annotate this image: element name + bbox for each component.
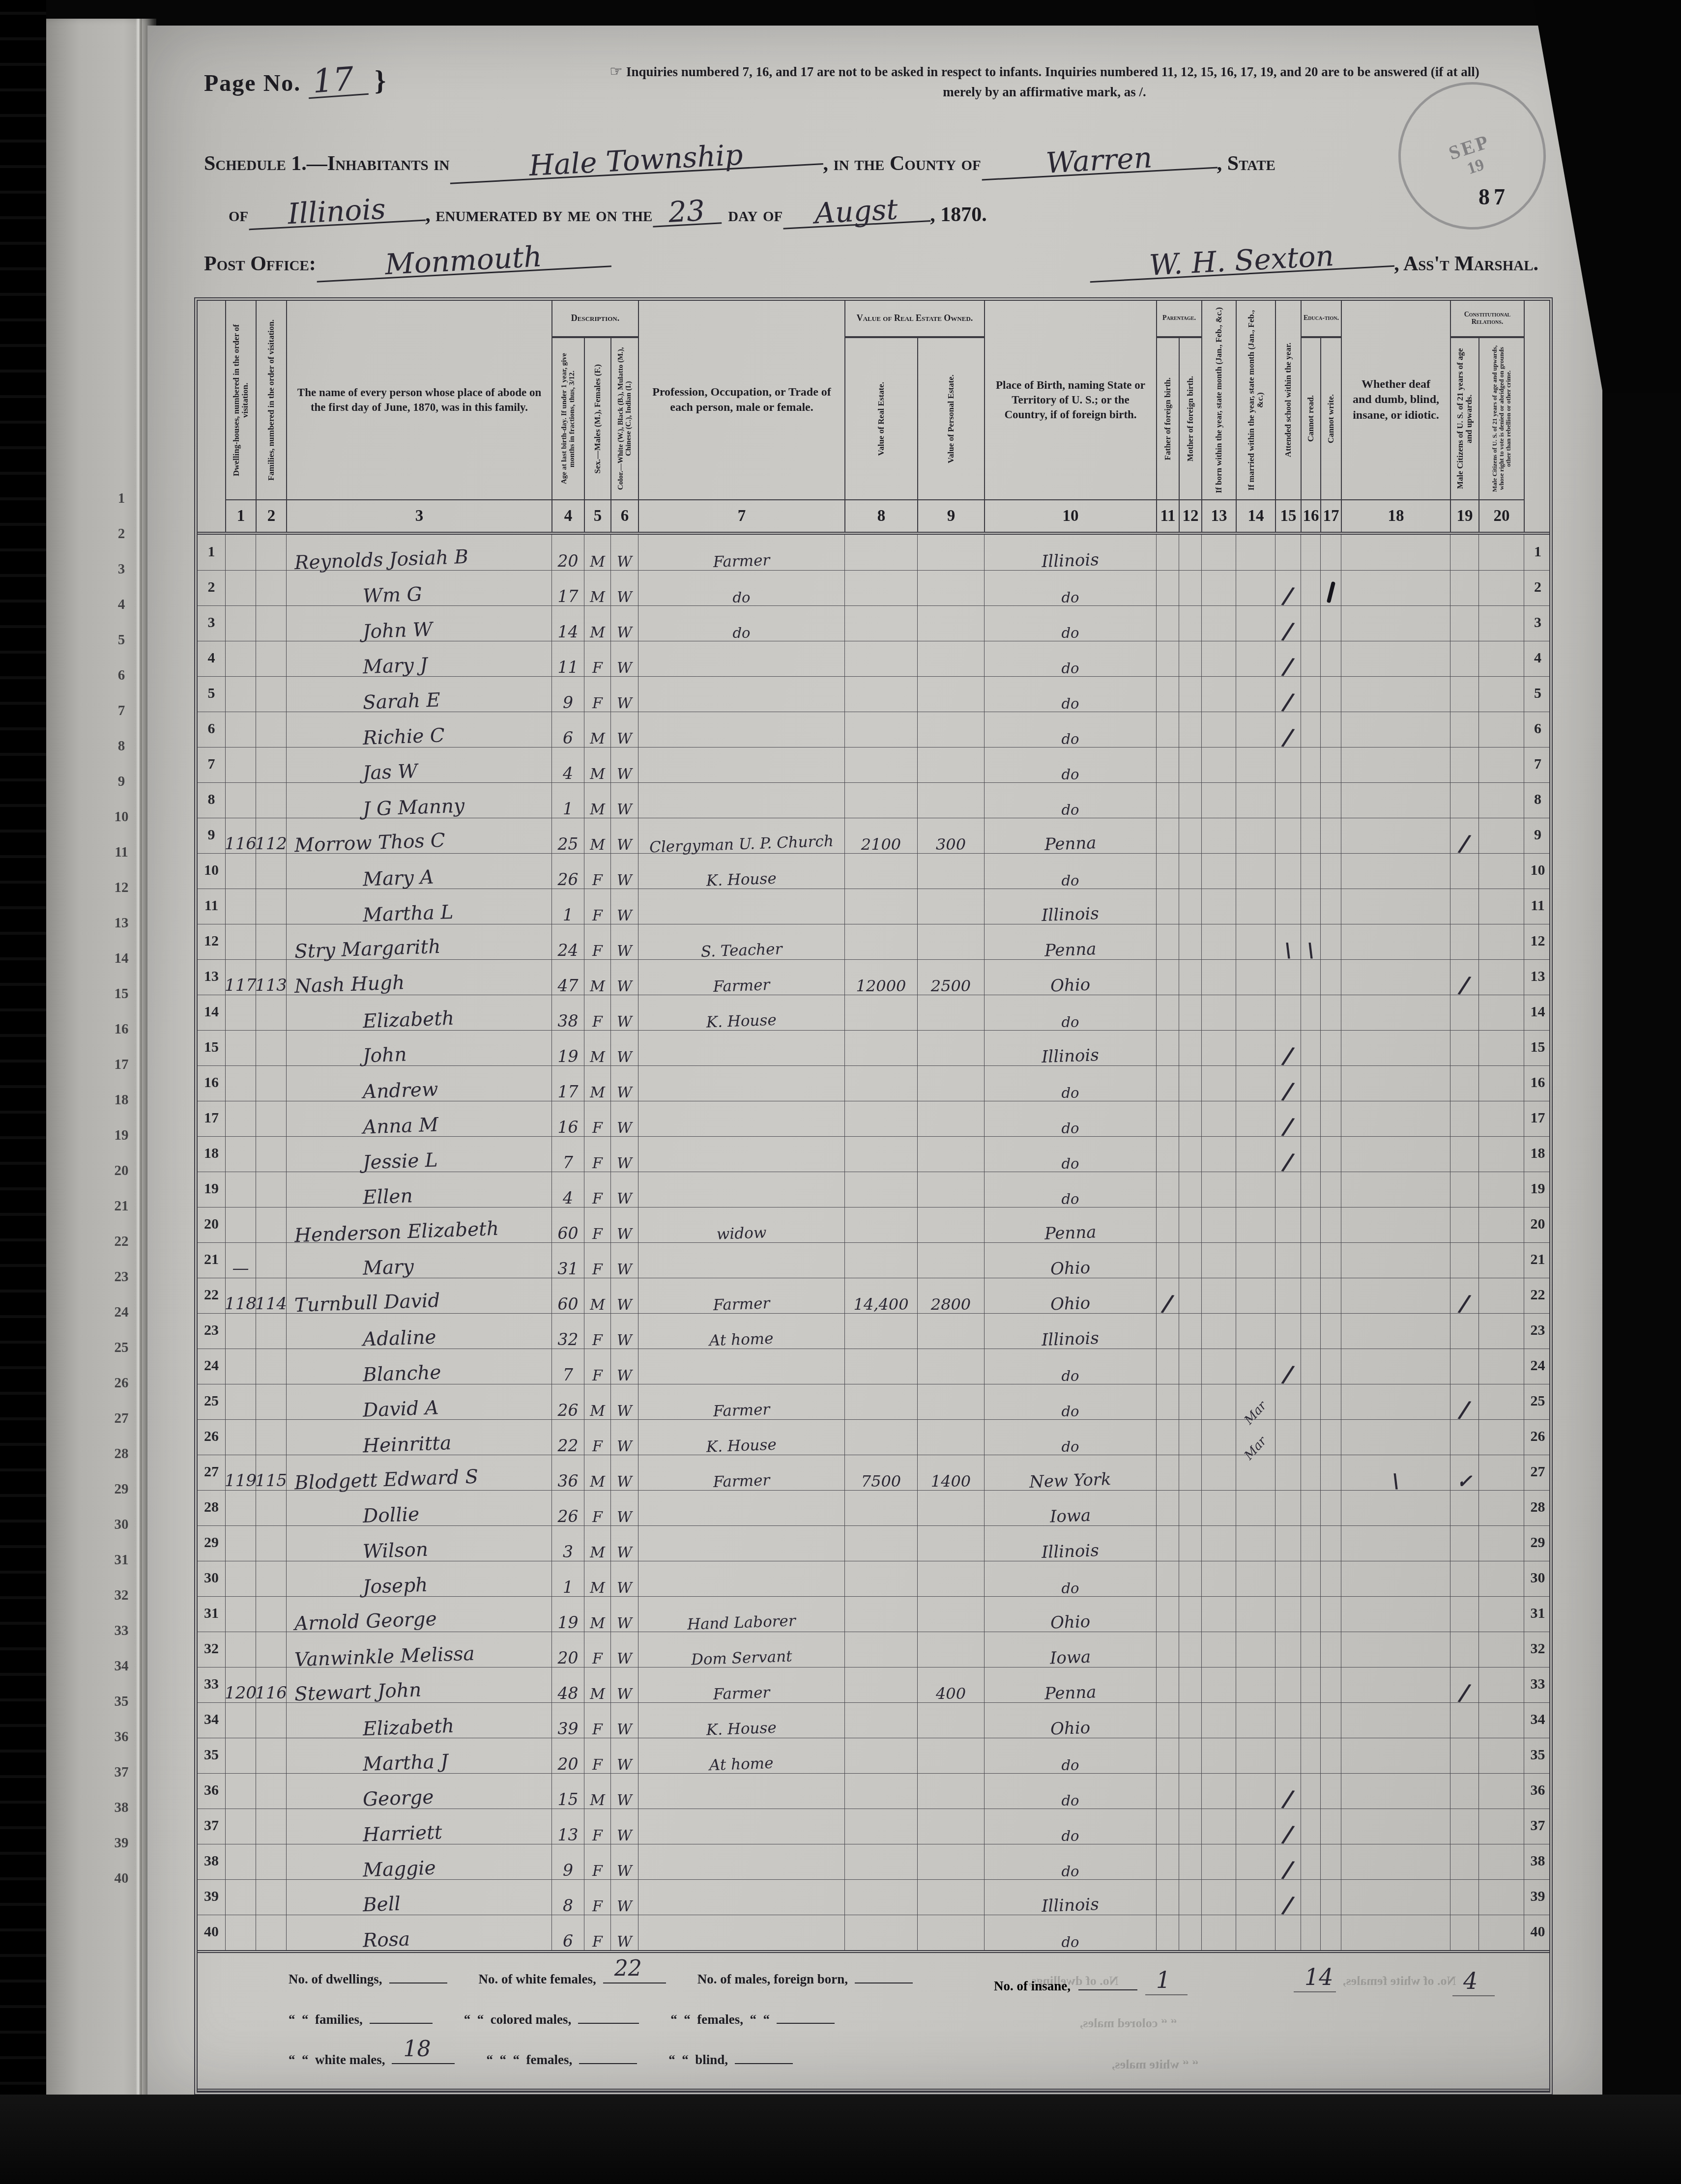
r1-c11: [1156, 535, 1179, 570]
prev-page-row-number: 8: [104, 738, 139, 754]
r11-c18: [1341, 889, 1450, 924]
r29-c9: [917, 1526, 984, 1561]
person-name: Martha L: [362, 904, 453, 924]
r38-c3: Maggie: [286, 1844, 551, 1879]
sex: M: [590, 732, 605, 746]
row-number-left: 12: [198, 924, 225, 959]
r6-c16: [1301, 712, 1320, 747]
birthplace: Illinois: [1042, 1543, 1100, 1560]
r31-c5: M: [584, 1597, 610, 1632]
r4-c10: do: [984, 641, 1156, 676]
census-page: Page No. 17 } ☞ Inquiries numbered 7, 16…: [147, 26, 1602, 2095]
sex: F: [592, 909, 603, 922]
r16-c15: /: [1275, 1066, 1301, 1101]
r21-c1: —: [225, 1243, 256, 1278]
color: W: [617, 1723, 632, 1736]
age: 26: [558, 1509, 579, 1524]
r31-c2: [256, 1597, 286, 1632]
r2-c7: do: [638, 571, 844, 605]
birthplace: Penna: [1044, 1685, 1097, 1702]
row-number-left: 26: [198, 1420, 225, 1455]
column-header-9: Value of Personal Estate.: [917, 337, 984, 499]
r22-c4: 60: [551, 1278, 584, 1313]
r25-c12: [1179, 1384, 1201, 1419]
r24-c11: [1156, 1349, 1179, 1384]
table-row: 11Martha L1FWIllinois11: [198, 889, 1549, 924]
r28-c8: [844, 1491, 917, 1525]
r6-c17: [1320, 712, 1341, 747]
r33-c10: Penna: [984, 1667, 1156, 1702]
r4-c1: [225, 641, 256, 676]
r32-c16: [1301, 1632, 1320, 1667]
footer-line: No. of dwellings,No. of white females,22…: [289, 1972, 944, 1987]
r16-c20: [1478, 1066, 1524, 1101]
column-header-11: Father of foreign birth.: [1156, 337, 1179, 499]
birthplace: Penna: [1044, 1225, 1097, 1242]
color: W: [617, 1829, 632, 1842]
r37-c18: [1341, 1809, 1450, 1844]
r28-c4: 26: [551, 1491, 584, 1525]
r37-c15: /: [1275, 1809, 1301, 1844]
r19-c10: do: [984, 1172, 1156, 1207]
r30-c15: [1275, 1561, 1301, 1596]
person-name: Maggie: [362, 1859, 436, 1879]
row-number-right: 17: [1524, 1101, 1551, 1136]
prev-page-row-number: 7: [104, 703, 139, 719]
r16-c16: [1301, 1066, 1320, 1101]
r6-c9: [917, 712, 984, 747]
row-number-right: 16: [1524, 1066, 1551, 1101]
r3-c20: [1478, 606, 1524, 641]
row-number-right: 26: [1524, 1420, 1551, 1455]
footer-box: No. of dwellings,No. of white females,22…: [198, 1950, 1549, 2092]
r4-c2: [256, 641, 286, 676]
occupation: K. House: [706, 1014, 777, 1030]
r25-c19: /: [1450, 1384, 1478, 1419]
age: 48: [558, 1686, 579, 1701]
r14-c6: W: [610, 995, 638, 1030]
father-foreign-mark: /: [1162, 1294, 1172, 1312]
instructions: ☞ Inquiries numbered 7, 16, and 17 are n…: [509, 61, 1580, 102]
r4-c3: Mary J: [286, 641, 551, 676]
r17-c14: [1236, 1101, 1275, 1136]
male-citizen-mark: /: [1459, 834, 1469, 852]
county-label: , in the County of: [823, 152, 981, 175]
sex: F: [592, 1829, 603, 1842]
prev-page-row-number: 23: [104, 1269, 139, 1285]
table-row: 17Anna M16FWdo/17: [198, 1101, 1549, 1136]
r31-c13: [1201, 1597, 1236, 1632]
r9-c11: [1156, 818, 1179, 853]
table-row: 38Maggie9FWdo/38: [198, 1844, 1549, 1879]
r10-c5: F: [584, 854, 610, 889]
family-number: 113: [255, 978, 287, 993]
r1-c10: Illinois: [984, 535, 1156, 570]
r4-c8: [844, 641, 917, 676]
r25-c2: [256, 1384, 286, 1419]
r7-c14: [1236, 747, 1275, 782]
prev-page-row-number: 15: [104, 986, 139, 1002]
r7-c11: [1156, 747, 1179, 782]
r4-c12: [1179, 641, 1201, 676]
prev-page-row-number: 10: [104, 809, 139, 825]
prev-page-row-number: 31: [104, 1552, 139, 1568]
column-number-16: 16: [1301, 499, 1320, 532]
footer-mark: 14: [1304, 1964, 1333, 1990]
r24-c16: [1301, 1349, 1320, 1384]
footer-label: “ “ white males,: [289, 2052, 385, 2068]
r7-c13: [1201, 747, 1236, 782]
r30-c20: [1478, 1561, 1524, 1596]
r27-c8: 7500: [844, 1455, 917, 1490]
r1-c7: Farmer: [638, 535, 844, 570]
r28-c5: F: [584, 1491, 610, 1525]
r38-c16: [1301, 1844, 1320, 1879]
r37-c9: [917, 1809, 984, 1844]
column-header-text: If born within the year, state month (Ja…: [1215, 307, 1223, 493]
row-number-left: 36: [198, 1774, 225, 1809]
color: W: [617, 555, 632, 569]
r22-c16: [1301, 1278, 1320, 1313]
occupation: S. Teacher: [700, 943, 782, 959]
r13-c4: 47: [551, 960, 584, 995]
birthplace: do: [1061, 1759, 1079, 1772]
r18-c12: [1179, 1137, 1201, 1172]
r12-c4: 24: [551, 924, 584, 959]
row-number-left: 1: [198, 535, 225, 570]
birthplace: Iowa: [1049, 1508, 1091, 1524]
person-name: Arnold George: [294, 1610, 437, 1633]
row-number-left: 40: [198, 1915, 225, 1950]
r32-c4: 20: [551, 1632, 584, 1667]
age: 20: [558, 554, 579, 569]
r16-c2: [256, 1066, 286, 1101]
prev-page-row-number: 3: [104, 561, 139, 577]
r33-c19: /: [1450, 1667, 1478, 1702]
sex: M: [590, 1581, 605, 1595]
r15-c3: John: [286, 1031, 551, 1065]
r15-c1: [225, 1031, 256, 1065]
attended-school-mark: /: [1283, 1896, 1293, 1914]
r11-c13: [1201, 889, 1236, 924]
r40-c10: do: [984, 1915, 1156, 1950]
r17-c4: 16: [551, 1101, 584, 1136]
r9-c9: 300: [917, 818, 984, 853]
r31-c18: [1341, 1597, 1450, 1632]
r1-c13: [1201, 535, 1236, 570]
r14-c9: [917, 995, 984, 1030]
r29-c1: [225, 1526, 256, 1561]
row-number-left: 22: [198, 1278, 225, 1313]
birthplace: do: [1061, 768, 1079, 781]
age: 6: [563, 1934, 573, 1949]
age: 19: [558, 1049, 579, 1064]
color: W: [617, 1263, 632, 1276]
r17-c20: [1478, 1101, 1524, 1136]
footer-tally: 18: [404, 2037, 431, 2062]
birthplace: Ohio: [1050, 1296, 1090, 1312]
r24-c13: [1201, 1349, 1236, 1384]
birthplace: do: [1061, 1193, 1079, 1206]
r31-c17: [1320, 1597, 1341, 1632]
r19-c19: [1450, 1172, 1478, 1207]
r38-c18: [1341, 1844, 1450, 1879]
sex: F: [592, 874, 603, 887]
r5-c7: [638, 677, 844, 712]
post-office-line: Post Office: Monmouth W. H. Sexton , Ass…: [204, 248, 1538, 276]
r3-c1: [225, 606, 256, 641]
person-name: Wilson: [362, 1541, 428, 1561]
r15-c14: [1236, 1031, 1275, 1065]
r10-c15: [1275, 854, 1301, 889]
post-office-label: Post Office:: [204, 252, 316, 276]
r28-c19: [1450, 1491, 1478, 1525]
r26-c10: do: [984, 1420, 1156, 1455]
dwelling-number: 116: [225, 836, 257, 852]
r21-c2: [256, 1243, 286, 1278]
r17-c7: [638, 1101, 844, 1136]
r15-c11: [1156, 1031, 1179, 1065]
r38-c17: [1320, 1844, 1341, 1879]
r3-c17: [1320, 606, 1341, 641]
r24-c6: W: [610, 1349, 638, 1384]
r12-c7: S. Teacher: [638, 924, 844, 959]
footer-mark-rule: [1452, 1995, 1495, 1996]
r27-c10: New York: [984, 1455, 1156, 1490]
prev-page-row-number: 16: [104, 1021, 139, 1037]
color: W: [617, 1440, 632, 1453]
r28-c7: [638, 1491, 844, 1525]
color: W: [617, 768, 632, 781]
footer-label: No. of males, foreign born,: [697, 1972, 848, 1987]
person-name: Wm G: [362, 586, 422, 605]
personal-estate-value: 2800: [931, 1297, 971, 1312]
column-header-19: Male Citizens of U. S. of 21 years of ag…: [1450, 337, 1478, 499]
prev-page-row-number: 25: [104, 1340, 139, 1356]
r39-c8: [844, 1880, 917, 1915]
r23-c12: [1179, 1314, 1201, 1349]
r1-c14: [1236, 535, 1275, 570]
r30-c7: [638, 1561, 844, 1596]
r40-c3: Rosa: [286, 1915, 551, 1950]
r25-c14: Mar: [1236, 1384, 1275, 1419]
footer-blank: [389, 1982, 447, 1983]
r32-c17: [1320, 1632, 1341, 1667]
r21-c18: [1341, 1243, 1450, 1278]
r26-c8: [844, 1420, 917, 1455]
r16-c9: [917, 1066, 984, 1101]
r29-c10: Illinois: [984, 1526, 1156, 1561]
r37-c13: [1201, 1809, 1236, 1844]
attended-school-mark: /: [1283, 1153, 1293, 1171]
row-number-right: 25: [1524, 1384, 1551, 1419]
birthplace: Ohio: [1050, 1721, 1090, 1737]
prev-page-row-number: 37: [104, 1764, 139, 1781]
row-number-right: 22: [1524, 1278, 1551, 1313]
attended-school-mark: /: [1283, 622, 1293, 640]
r31-c16: [1301, 1597, 1320, 1632]
r39-c20: [1478, 1880, 1524, 1915]
birthplace: do: [1061, 1157, 1079, 1170]
instructions-text1: Inquiries numbered 7, 16, and 17 are not…: [626, 64, 1479, 79]
column-header-7: Profession, Occupation, or Trade of each…: [638, 301, 844, 499]
r35-c9: [917, 1738, 984, 1773]
r38-c14: [1236, 1844, 1275, 1879]
r31-c7: Hand Laborer: [638, 1597, 844, 1632]
r26-c15: [1275, 1420, 1301, 1455]
r26-c20: [1478, 1420, 1524, 1455]
r22-c6: W: [610, 1278, 638, 1313]
r6-c1: [225, 712, 256, 747]
row-number-left: 37: [198, 1809, 225, 1844]
r2-c12: [1179, 571, 1201, 605]
r11-c11: [1156, 889, 1179, 924]
r40-c19: [1450, 1915, 1478, 1950]
r9-c5: M: [584, 818, 610, 853]
r6-c2: [256, 712, 286, 747]
r30-c18: [1341, 1561, 1450, 1596]
r19-c13: [1201, 1172, 1236, 1207]
occupation: do: [732, 627, 750, 639]
r4-c6: W: [610, 641, 638, 676]
r26-c19: [1450, 1420, 1478, 1455]
r6-c5: M: [584, 712, 610, 747]
insane-blank: [1078, 1988, 1137, 1990]
r26-c14: Mar: [1236, 1420, 1275, 1455]
r17-c12: [1179, 1101, 1201, 1136]
row-number-left: 38: [198, 1844, 225, 1879]
r13-c3: Nash Hugh: [286, 960, 551, 995]
r11-c17: [1320, 889, 1341, 924]
color: W: [617, 1652, 632, 1666]
r34-c14: [1236, 1703, 1275, 1738]
r23-c18: [1341, 1314, 1450, 1349]
row-number-right: 40: [1524, 1915, 1551, 1950]
r40-c18: [1341, 1915, 1450, 1950]
day-label: day of: [728, 203, 783, 227]
r2-c10: do: [984, 571, 1156, 605]
r24-c7: [638, 1349, 844, 1384]
r28-c17: [1320, 1491, 1341, 1525]
color: W: [617, 909, 632, 922]
age: 11: [558, 660, 579, 675]
r25-c18: [1341, 1384, 1450, 1419]
row-number-right: 18: [1524, 1137, 1551, 1172]
census-table: Description.Value of Real Estate Owned.P…: [197, 300, 1550, 2093]
r12-c16: \: [1301, 924, 1320, 959]
r14-c7: K. House: [638, 995, 844, 1030]
r5-c10: do: [984, 677, 1156, 712]
r8-c1: [225, 783, 256, 818]
table-row: 3John W14MWdodo/3: [198, 605, 1549, 641]
state-label: , State: [1217, 152, 1275, 175]
sex: M: [590, 1617, 605, 1630]
r6-c8: [844, 712, 917, 747]
prev-page-row-number: 32: [104, 1587, 139, 1604]
r12-c10: Penna: [984, 924, 1156, 959]
sex: F: [592, 1263, 603, 1276]
r25-c1: [225, 1384, 256, 1419]
row-number-left: 17: [198, 1101, 225, 1136]
r17-c13: [1201, 1101, 1236, 1136]
r39-c19: [1450, 1880, 1478, 1915]
r27-c18: \: [1341, 1455, 1450, 1490]
r17-c8: [844, 1101, 917, 1136]
r29-c16: [1301, 1526, 1320, 1561]
color: W: [617, 1865, 632, 1878]
r34-c10: Ohio: [984, 1703, 1156, 1738]
r33-c4: 48: [551, 1667, 584, 1702]
occupation: Farmer: [713, 554, 770, 570]
instructions-line2: merely by an affirmative mark, as /.: [509, 83, 1580, 102]
r38-c6: W: [610, 1844, 638, 1879]
table-row: 18Jessie L7FWdo/18: [198, 1136, 1549, 1172]
r18-c7: [638, 1137, 844, 1172]
r11-c12: [1179, 889, 1201, 924]
prev-page-row-number: 34: [104, 1658, 139, 1674]
r22-c7: Farmer: [638, 1278, 844, 1313]
r22-c3: Turnbull David: [286, 1278, 551, 1313]
r8-c5: M: [584, 783, 610, 818]
r10-c20: [1478, 854, 1524, 889]
r15-c12: [1179, 1031, 1201, 1065]
age: 7: [563, 1368, 573, 1382]
r34-c12: [1179, 1703, 1201, 1738]
table-row: 24Blanche7FWdo/24: [198, 1349, 1549, 1384]
attended-school-mark: /: [1283, 1790, 1293, 1808]
schedule-line: Schedule 1. —Inhabitants in Hale Townshi…: [204, 147, 1538, 175]
r8-c17: [1320, 783, 1341, 818]
row-number-header-right: [1524, 301, 1551, 532]
person-name: Nash Hugh: [294, 974, 405, 995]
age: 7: [563, 1155, 573, 1170]
column-header-text: Families, numbered in the order of visit…: [267, 319, 276, 481]
r21-c9: [917, 1243, 984, 1278]
footer-blank: [735, 2062, 793, 2064]
r28-c2: [256, 1491, 286, 1525]
of-label: of: [229, 203, 248, 227]
r40-c2: [256, 1915, 286, 1950]
r17-c1: [225, 1101, 256, 1136]
r29-c5: M: [584, 1526, 610, 1561]
column-header-2: Families, numbered in the order of visit…: [256, 301, 286, 499]
r13-c16: [1301, 960, 1320, 995]
color: W: [617, 1794, 632, 1807]
r28-c13: [1201, 1491, 1236, 1525]
r2-c3: Wm G: [286, 571, 551, 605]
r18-c6: W: [610, 1137, 638, 1172]
sex: F: [592, 945, 603, 958]
r12-c8: [844, 924, 917, 959]
previous-page-edge: 1234567891011121314151617181920212223242…: [46, 19, 156, 2171]
occupation: Hand Laborer: [687, 1614, 796, 1632]
r14-c14: [1236, 995, 1275, 1030]
r20-c11: [1156, 1207, 1179, 1242]
r18-c8: [844, 1137, 917, 1172]
r1-c2: [256, 535, 286, 570]
r15-c15: /: [1275, 1031, 1301, 1065]
r35-c7: At home: [638, 1738, 844, 1773]
r18-c11: [1156, 1137, 1179, 1172]
row-number-right: 24: [1524, 1349, 1551, 1384]
prev-page-row-number: 24: [104, 1304, 139, 1321]
r39-c1: [225, 1880, 256, 1915]
color: W: [617, 1405, 632, 1418]
person-name: Sarah E: [362, 691, 440, 712]
r31-c12: [1179, 1597, 1201, 1632]
r6-c10: do: [984, 712, 1156, 747]
r9-c12: [1179, 818, 1201, 853]
